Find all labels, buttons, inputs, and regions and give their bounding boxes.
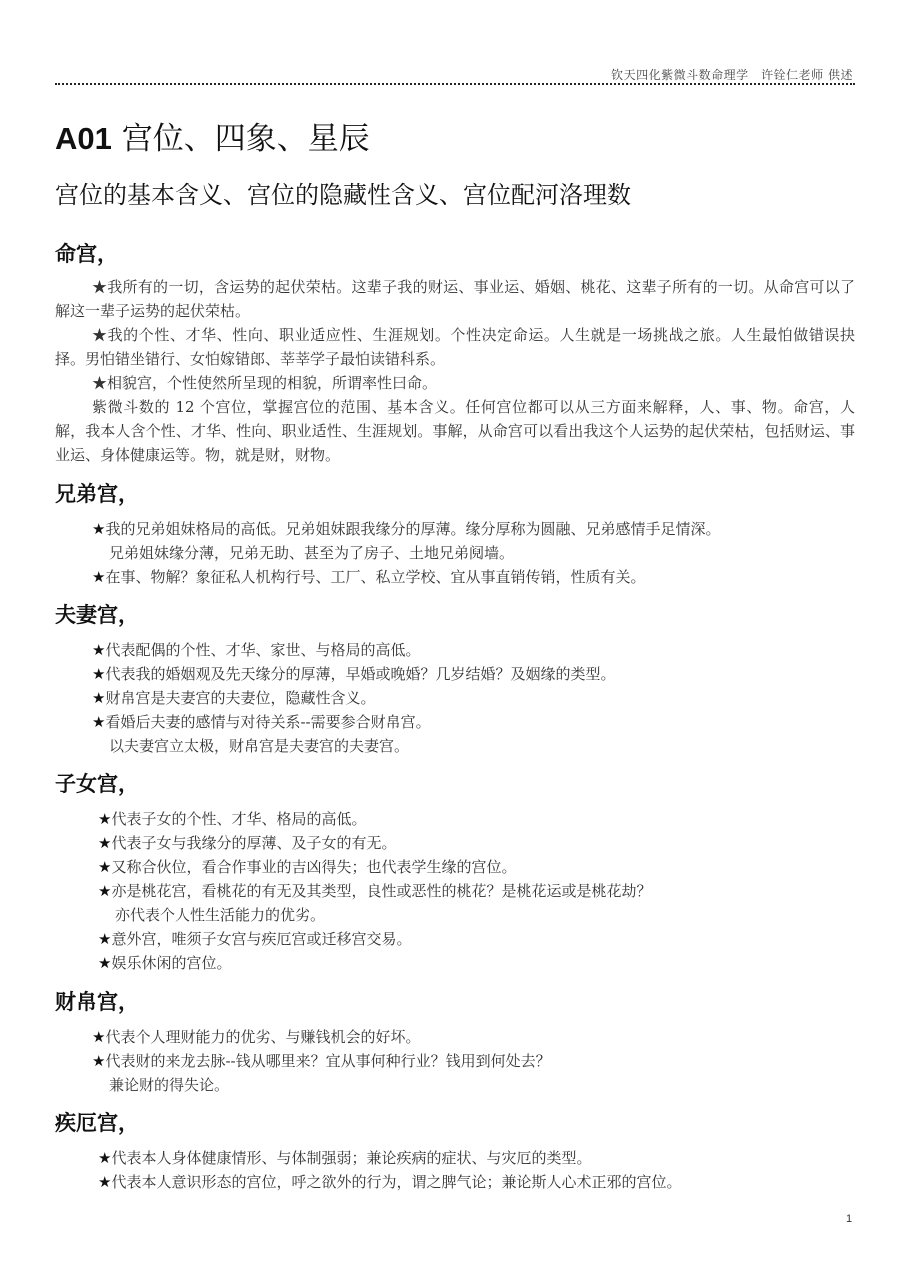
- star-icon: ★: [98, 1173, 111, 1191]
- list-item: ★代表配偶的个性、才华、家世、与格局的高低。: [92, 638, 855, 662]
- list-item: ★我的兄弟姐妹格局的高低。兄弟姐妹跟我缘分的厚薄。缘分厚称为圆融、兄弟感情手足情…: [92, 517, 855, 541]
- star-icon: ★: [98, 858, 111, 876]
- list-item: 以夫妻宫立太极，财帛宫是夫妻宫的夫妻宫。: [92, 734, 855, 758]
- section-caibo-gong: 财帛宫， ★代表个人理财能力的优劣、与赚钱机会的好坏。 ★代表财的来龙去脉--钱…: [55, 985, 855, 1097]
- bullet-list: ★代表子女的个性、才华、格局的高低。 ★代表子女与我缘分的厚薄、及子女的有无。 …: [98, 807, 855, 975]
- star-icon: ★: [98, 1149, 111, 1167]
- section-xiongdi-gong: 兄弟宫， ★我的兄弟姐妹格局的高低。兄弟姐妹跟我缘分的厚薄。缘分厚称为圆融、兄弟…: [55, 477, 855, 589]
- list-item: ★娱乐休闲的宫位。: [98, 951, 855, 975]
- star-icon: ★: [92, 665, 105, 683]
- star-icon: ★: [92, 641, 105, 659]
- list-item: ★代表子女的个性、才华、格局的高低。: [98, 807, 855, 831]
- list-item: ★看婚后夫妻的感情与对待关系--需要参合财帛宫。: [92, 710, 855, 734]
- star-icon: ★: [92, 713, 105, 731]
- section-zinv-gong: 子女宫， ★代表子女的个性、才华、格局的高低。 ★代表子女与我缘分的厚薄、及子女…: [55, 767, 855, 975]
- list-item: ★在事、物解？象征私人机构行号、工厂、私立学校、宜从事直销传销，性质有关。: [92, 565, 855, 589]
- paragraph: ★我所有的一切，含运势的起伏荣枯。这辈子我的财运、事业运、婚姻、桃花、这辈子所有…: [55, 275, 855, 323]
- star-icon: ★: [92, 1052, 105, 1070]
- list-item: ★代表本人身体健康情形、与体制强弱；兼论疾病的症状、与灾厄的类型。: [98, 1146, 855, 1170]
- bullet-list: ★代表本人身体健康情形、与体制强弱；兼论疾病的症状、与灾厄的类型。 ★代表本人意…: [98, 1146, 855, 1194]
- star-icon: ★: [92, 689, 105, 707]
- star-icon: ★: [92, 1028, 105, 1046]
- paragraph: ★我的个性、才华、性向、职业适应性、生涯规划。个性决定命运。人生就是一场挑战之旅…: [55, 323, 855, 371]
- document-title: A01 宫位、四象、星辰: [55, 113, 370, 158]
- section-fuqi-gong: 夫妻宫， ★代表配偶的个性、才华、家世、与格局的高低。 ★代表我的婚姻观及先天缘…: [55, 598, 855, 758]
- section-jie-gong: 疾厄宫， ★代表本人身体健康情形、与体制强弱；兼论疾病的症状、与灾厄的类型。 ★…: [55, 1106, 855, 1194]
- star-icon: ★: [92, 520, 105, 538]
- list-item: ★亦是桃花宫，看桃花的有无及其类型，良性或恶性的桃花？是桃花运或是桃花劫？: [98, 879, 855, 903]
- list-item: ★代表我的婚姻观及先天缘分的厚薄，早婚或晚婚？几岁结婚？及姻缘的类型。: [92, 662, 855, 686]
- bullet-list: ★代表个人理财能力的优劣、与赚钱机会的好坏。 ★代表财的来龙去脉--钱从哪里来？…: [92, 1025, 855, 1097]
- section-heading: 兄弟宫，: [55, 477, 855, 511]
- paragraph: ★相貌宫，个性使然所呈现的相貌，所谓率性曰命。: [55, 371, 855, 395]
- section-ming-gong: 命宫， ★我所有的一切，含运势的起伏荣枯。这辈子我的财运、事业运、婚姻、桃花、这…: [55, 237, 855, 467]
- star-icon: ★: [98, 834, 111, 852]
- star-icon: ★: [98, 930, 111, 948]
- header-divider: [55, 83, 855, 85]
- star-icon: ★: [98, 954, 111, 972]
- section-heading: 财帛宫，: [55, 985, 855, 1019]
- title-code: A01: [55, 121, 112, 156]
- title-text: 宫位、四象、星辰: [112, 121, 370, 157]
- document-subtitle: 宫位的基本含义、宫位的隐藏性含义、宫位配河洛理数: [55, 175, 631, 210]
- list-item: 亦代表个人性生活能力的优劣。: [98, 903, 855, 927]
- list-item: ★又称合伙位，看合作事业的吉凶得失；也代表学生缘的宫位。: [98, 855, 855, 879]
- header-text: 钦天四化紫微斗数命理学 许铨仁老师 供述: [611, 66, 853, 83]
- section-heading: 疾厄宫，: [55, 1106, 855, 1140]
- list-item: ★财帛宫是夫妻宫的夫妻位，隐藏性含义。: [92, 686, 855, 710]
- list-item: ★代表财的来龙去脉--钱从哪里来？宜从事何种行业？钱用到何处去？: [92, 1049, 855, 1073]
- list-item: ★代表个人理财能力的优劣、与赚钱机会的好坏。: [92, 1025, 855, 1049]
- star-icon: ★: [98, 810, 111, 828]
- list-item: 兼论财的得失论。: [92, 1073, 855, 1097]
- list-item: ★代表子女与我缘分的厚薄、及子女的有无。: [98, 831, 855, 855]
- bullet-list: ★代表配偶的个性、才华、家世、与格局的高低。 ★代表我的婚姻观及先天缘分的厚薄，…: [92, 638, 855, 758]
- paragraph: 紫微斗数的 12 个宫位，掌握宫位的范围、基本含义。任何宫位都可以从三方面来解释…: [55, 395, 855, 467]
- section-heading: 夫妻宫，: [55, 598, 855, 632]
- section-heading: 子女宫，: [55, 767, 855, 801]
- page-number: 1: [846, 1213, 852, 1225]
- star-icon: ★: [98, 882, 111, 900]
- list-item: ★代表本人意识形态的宫位，呼之欲外的行为，谓之脾气论；兼论斯人心术正邪的宫位。: [98, 1170, 855, 1194]
- star-icon: ★: [92, 568, 105, 586]
- section-heading: 命宫，: [55, 237, 855, 271]
- list-item: 兄弟姐妹缘分薄，兄弟无助、甚至为了房子、土地兄弟阋墙。: [92, 541, 855, 565]
- list-item: ★意外宫，唯须子女宫与疾厄宫或迁移宫交易。: [98, 927, 855, 951]
- bullet-list: ★我的兄弟姐妹格局的高低。兄弟姐妹跟我缘分的厚薄。缘分厚称为圆融、兄弟感情手足情…: [92, 517, 855, 589]
